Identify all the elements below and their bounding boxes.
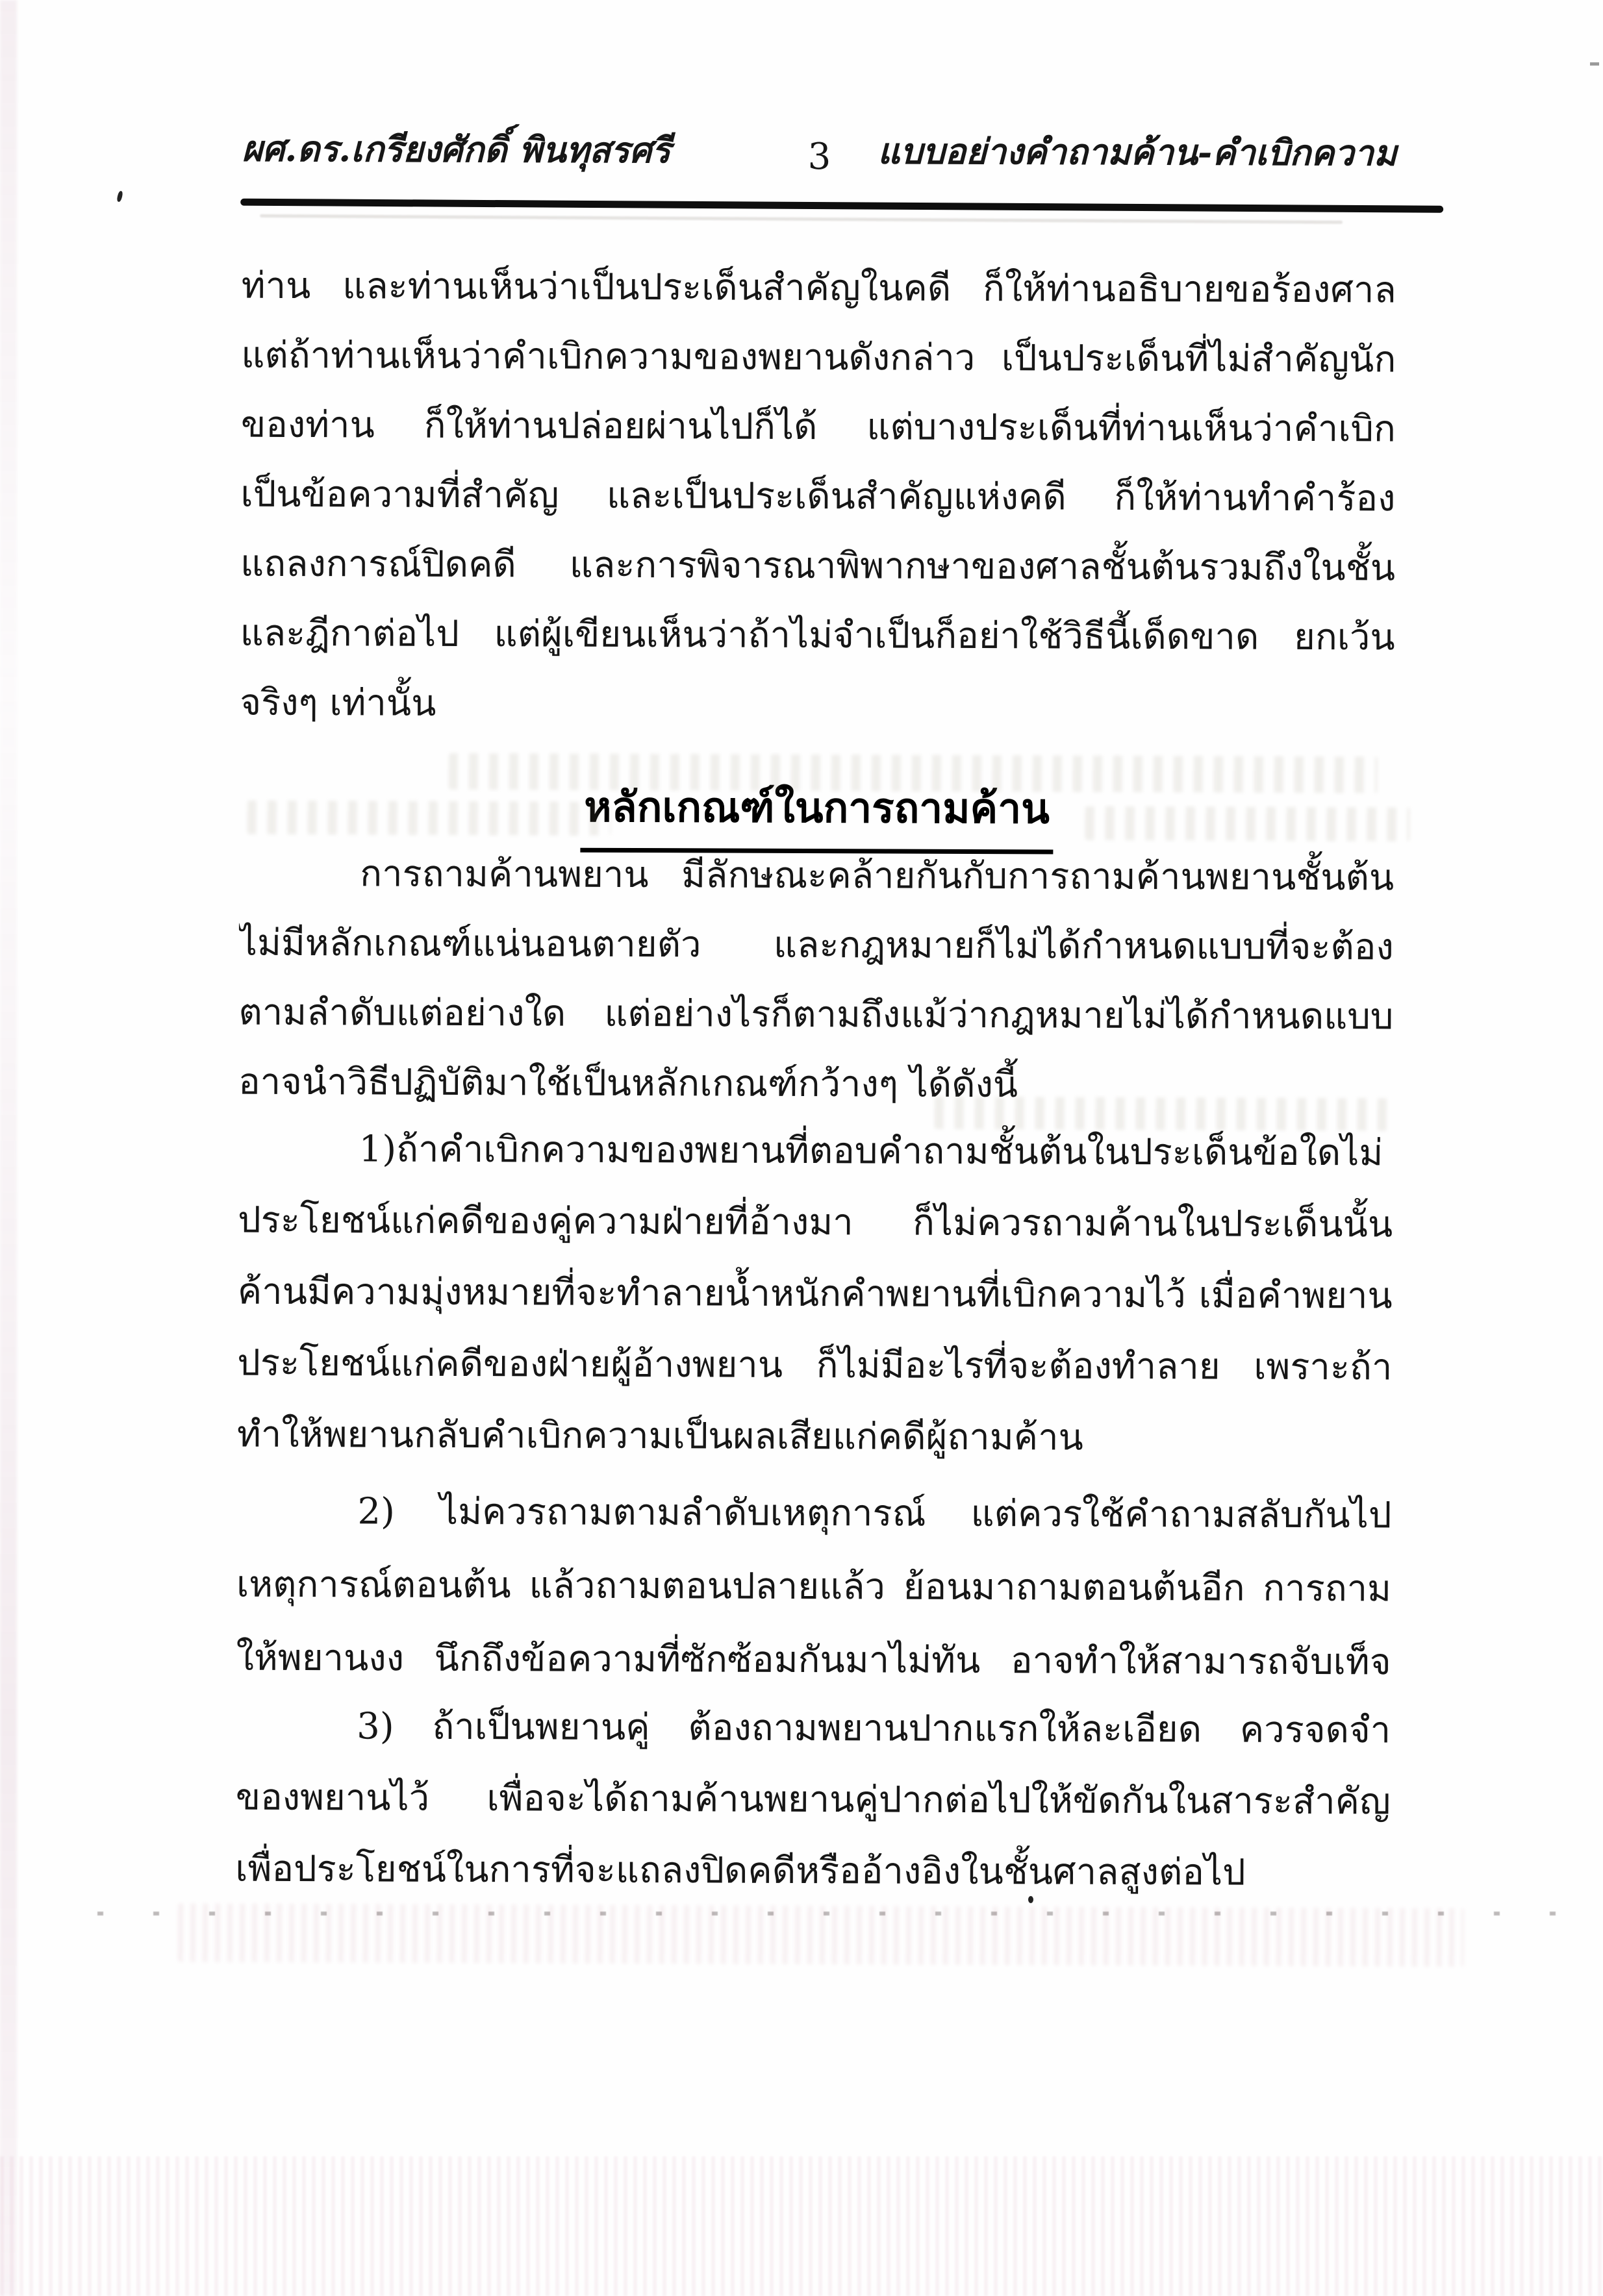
bleed-through-artifact [178, 1903, 1464, 1967]
text-line: ของท่าน ก็ให้ท่านปล่อยผ่านไปก็ได้ แต่บาง… [241, 390, 1396, 464]
text-line: ของพยานไว้ เพื่อจะได้ถามค้านพยานคู่ปากต่… [236, 1762, 1391, 1838]
text-line: เพื่อประโยชน์ในการที่จะแถลงปิดคดีหรืออ้า… [235, 1834, 1390, 1910]
text-line: ค้านมีความมุ่งหมายที่จะทำลายน้ำหนักคำพยา… [238, 1256, 1393, 1332]
text-line: ไม่มีหลักเกณฑ์แน่นอนตายตัว และกฎหมายก็ไม… [239, 908, 1394, 982]
text-line: ทำให้พยานกลับคำเบิกความเป็นผลเสียแก่คดีผ… [237, 1399, 1392, 1475]
text-line: เหตุการณ์ตอนต้น แล้วถามตอนปลายแล้ว ย้อนม… [236, 1548, 1391, 1626]
header-page-number: 3 [808, 127, 831, 187]
list-item-3: 3) ถ้าเป็นพยานคู่ ต้องถามพยานปากแรกให้ละ… [235, 1691, 1391, 1910]
text-line: ประโยชน์แก่คดีของคู่ความฝ่ายที่อ้างมา ก็… [238, 1185, 1393, 1261]
text-line: 2) ไม่ควรถามตามลำดับเหตุการณ์ แต่ควรใช้ค… [236, 1475, 1391, 1553]
text-line: แถลงการณ์ปิดคดี และการพิจารณาพิพากษาของศ… [240, 529, 1395, 603]
page-content: ผศ.ดร.เกรียงศักดิ์ พินทุสรศรี 3 แบบอย่าง… [0, 0, 1603, 2296]
paragraph-2: การถามค้านพยาน มีลักษณะคล้ายกันกับการถาม… [238, 839, 1395, 1121]
text-line: อาจนำวิธีปฏิบัติมาใช้เป็นหลักเกณฑ์กว้างๆ… [238, 1047, 1393, 1121]
header-book-title: แบบอย่างคำถามค้าน-คำเบิกความ [877, 121, 1397, 182]
list-item-2: 2) ไม่ควรถามตามลำดับเหตุการณ์ แต่ควรใช้ค… [236, 1475, 1391, 1699]
page-header: ผศ.ดร.เกรียงศักดิ์ พินทุสรศรี 3 แบบอย่าง… [242, 116, 1396, 183]
text-line: ประโยชน์แก่คดีของฝ่ายผู้อ้างพยาน ก็ไม่มี… [237, 1328, 1392, 1404]
header-author: ผศ.ดร.เกรียงศักดิ์ พินทุสรศรี [242, 119, 670, 181]
text-line: การถามค้านพยาน มีลักษณะคล้ายกันกับการถาม… [239, 839, 1394, 913]
text-line: และฎีกาต่อไป แต่ผู้เขียนเห็นว่าถ้าไม่จำเ… [240, 599, 1395, 673]
text-line: ตามลำดับแต่อย่างใด แต่อย่างไรก็ตามถึงแม้… [238, 978, 1393, 1052]
text-line: 3) ถ้าเป็นพยานคู่ ต้องถามพยานปากแรกให้ละ… [236, 1691, 1391, 1767]
paragraph-1: ท่าน และท่านเห็นว่าเป็นประเด็นสำคัญในคดี… [240, 251, 1396, 742]
text-line: ท่าน และท่านเห็นว่าเป็นประเด็นสำคัญในคดี… [242, 251, 1396, 325]
header-rule [240, 199, 1443, 213]
list-item-1: 1)ถ้าคำเบิกความของพยานที่ตอบคำถามชั้นต้น… [237, 1114, 1393, 1475]
scanned-document-page: ผศ.ดร.เกรียงศักดิ์ พินทุสรศรี 3 แบบอย่าง… [0, 0, 1603, 2296]
text-line: จริงๆ เท่านั้น [240, 668, 1395, 742]
text-line: 1)ถ้าคำเบิกความของพยานที่ตอบคำถามชั้นต้น… [238, 1114, 1393, 1190]
text-line: แต่ถ้าท่านเห็นว่าคำเบิกความของพยานดังกล่… [241, 321, 1396, 395]
text-line: เป็นข้อความที่สำคัญ และเป็นประเด็นสำคัญแ… [240, 460, 1395, 534]
text-line: ให้พยานงง นึกถึงข้อความที่ซักซ้อมกันมาไม… [236, 1621, 1391, 1699]
